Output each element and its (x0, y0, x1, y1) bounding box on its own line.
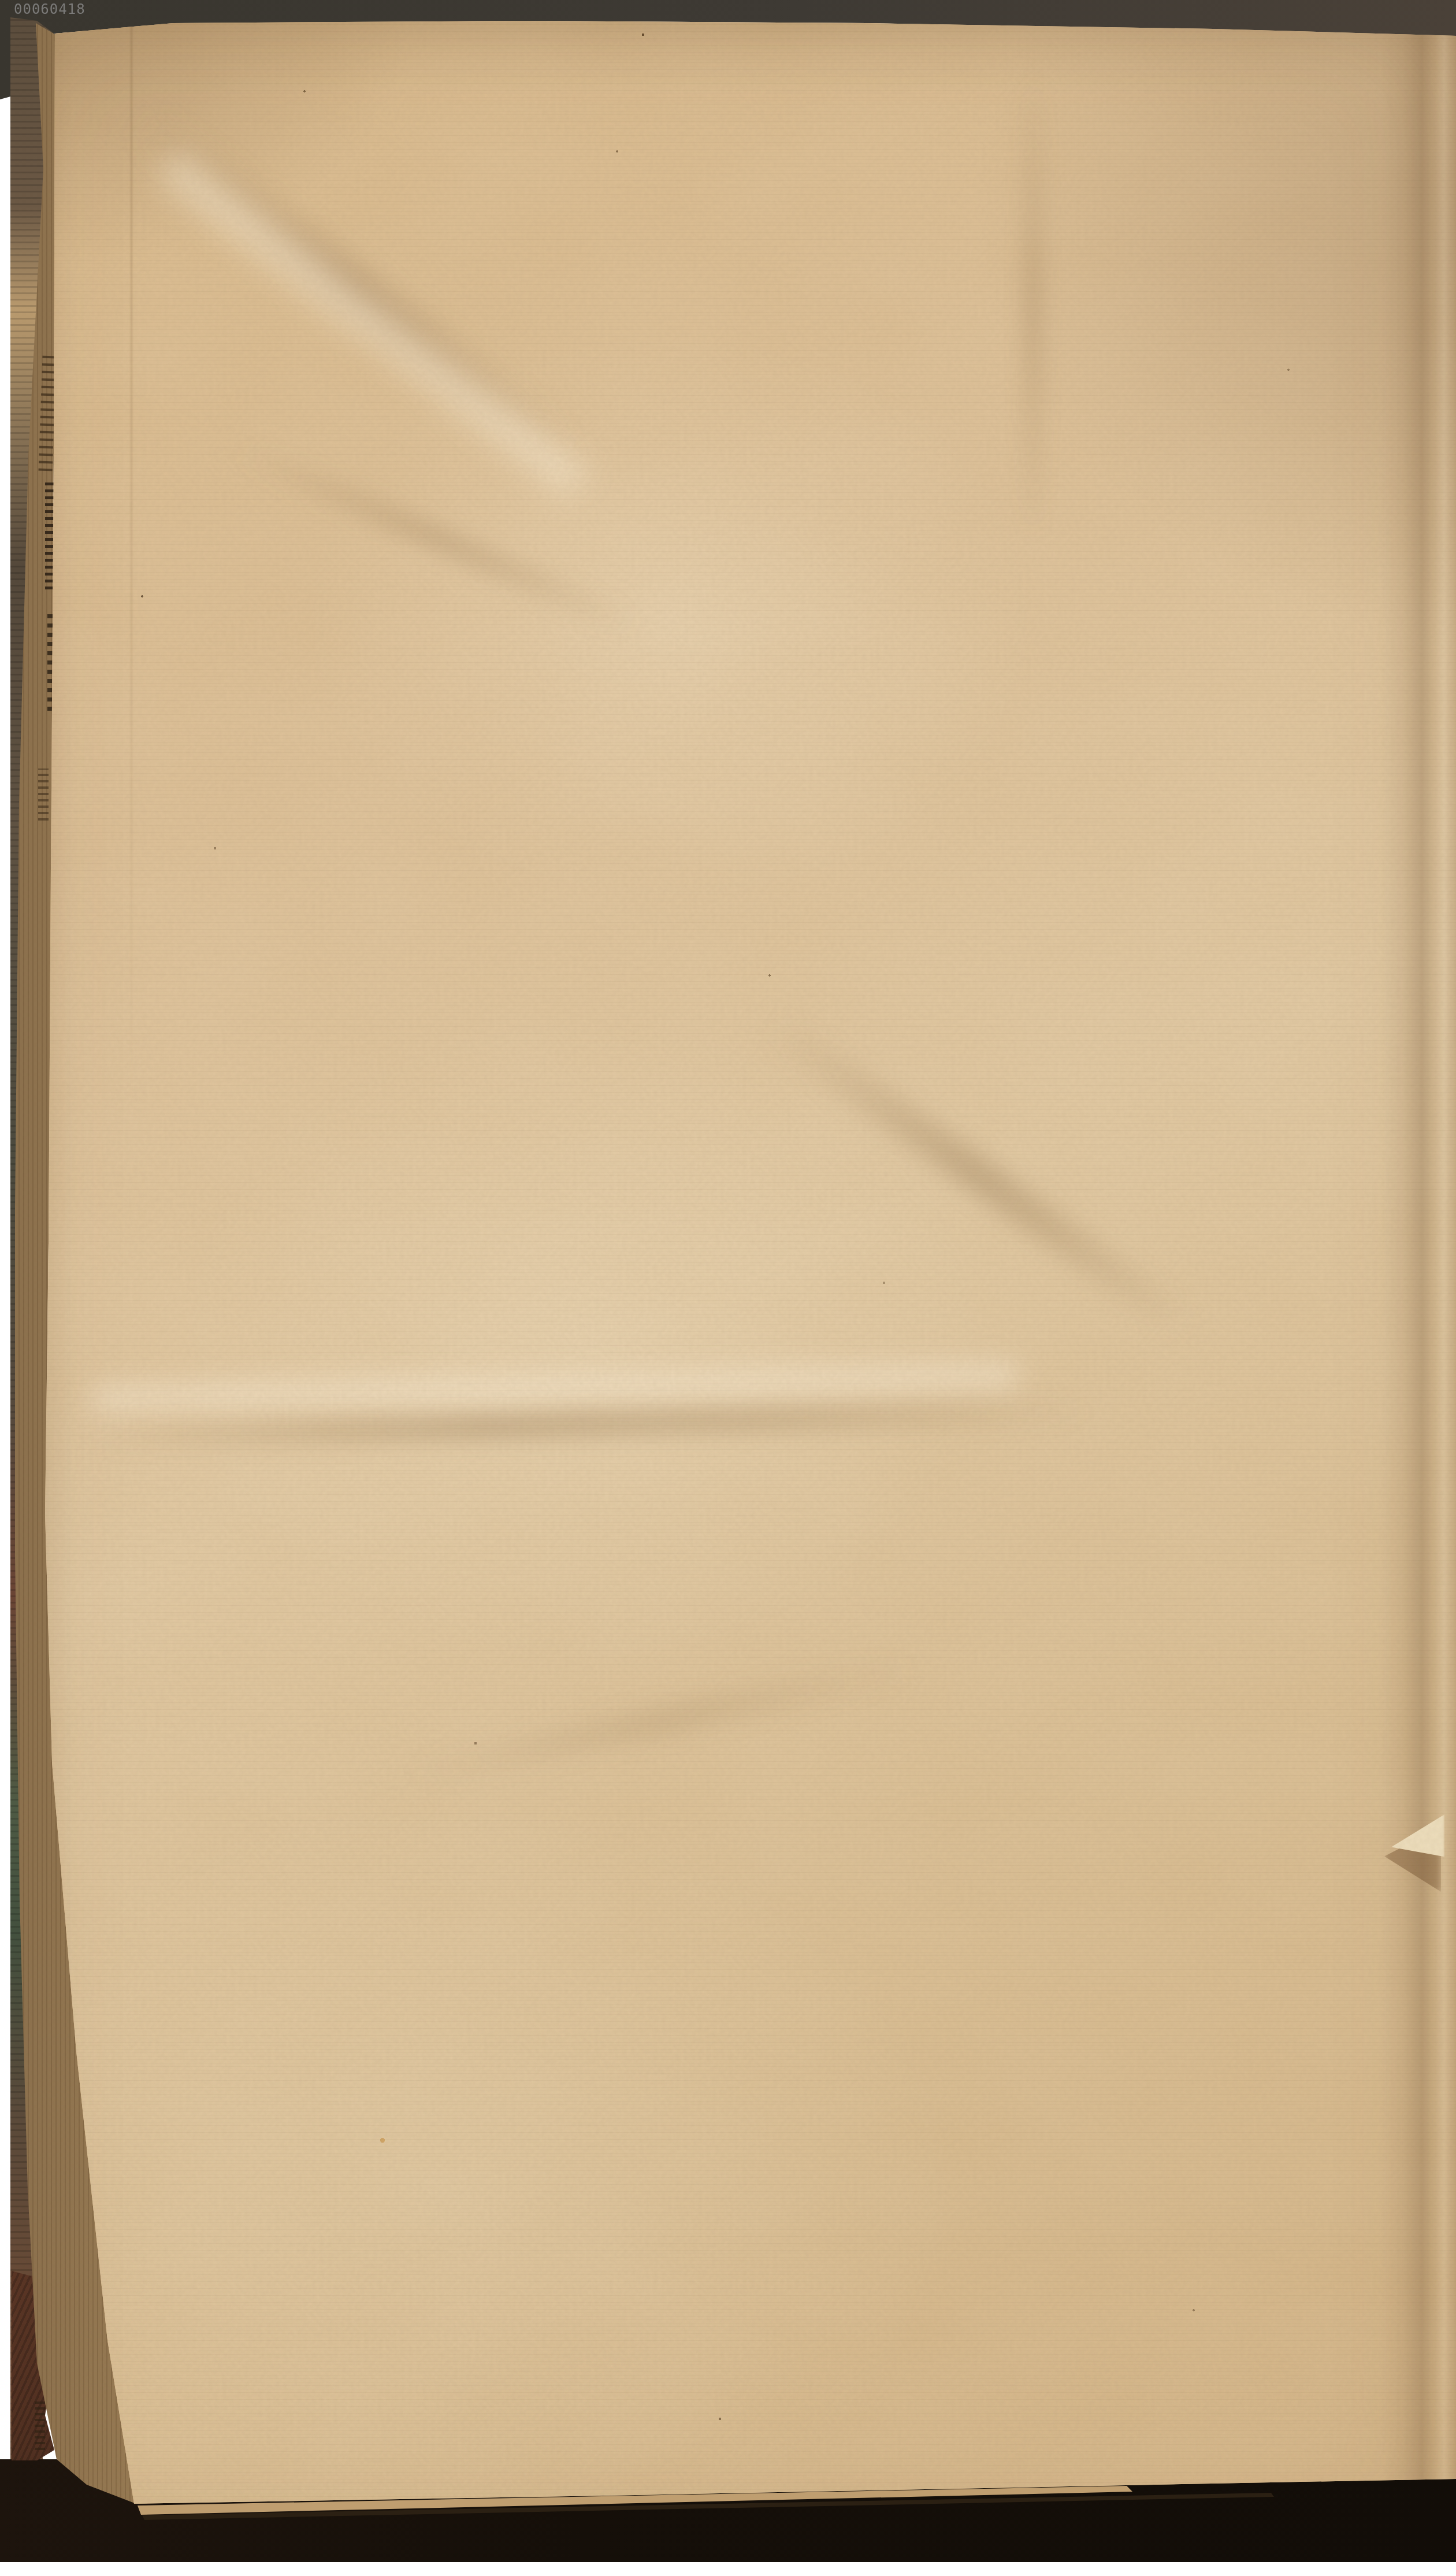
scan-id-label: 00060418 (14, 1, 86, 17)
book-scan: 00060418 (0, 0, 1456, 2576)
paper-grain-texture (0, 0, 1456, 2576)
page-edge-print-mark-4 (38, 769, 49, 821)
page-edge-print-mark-5 (35, 2398, 45, 2450)
blank-page (0, 0, 1456, 2576)
